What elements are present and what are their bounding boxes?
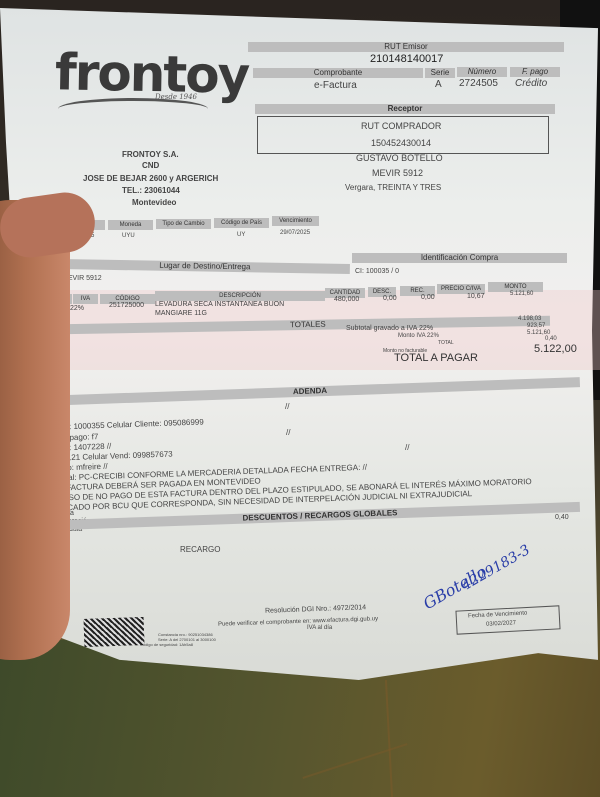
receptor-address: MEVIR 5912 xyxy=(372,168,423,178)
row-codigo: 251725000 xyxy=(109,302,144,309)
rut-comprador-value: 150452430014 xyxy=(371,138,431,148)
total-label: TOTAL xyxy=(438,340,454,346)
emisor-address: JOSE DE BEJAR 2600 y ARGERICH xyxy=(83,174,218,183)
total-pagar-label: TOTAL A PAGAR xyxy=(394,352,478,364)
qr-code[interactable] xyxy=(84,617,145,647)
identificacion-value: CI: 100035 / 0 xyxy=(355,268,399,275)
brand-tagline: Desde 1946 xyxy=(155,93,197,101)
comprobante-header: Comprobante xyxy=(253,68,423,78)
row-desc: 0,00 xyxy=(383,295,397,302)
row-cantidad: 480,000 xyxy=(334,296,359,303)
moneda-value: UYU xyxy=(122,233,135,239)
adenda-mark: // xyxy=(405,443,409,452)
numero-header: Número xyxy=(457,67,507,77)
row-monto: 5.121,60 xyxy=(510,291,533,297)
tipo-cambio-header: Tipo de Cambio xyxy=(156,219,211,229)
col-iva-header: IVA xyxy=(73,294,98,304)
identificacion-header: Identificación Compra xyxy=(352,253,567,263)
emisor-phone: TEL.: 23061044 xyxy=(122,186,180,195)
emisor-city: Montevideo xyxy=(132,198,176,207)
cae-line: Código de seguridad: 1Ah5a8 xyxy=(140,642,193,647)
numero-value: 2724505 xyxy=(459,78,498,89)
row-descripcion: LEVADURA SECA INSTANTANEA BUON MANGIARE … xyxy=(155,300,305,318)
fpago-header: F. pago xyxy=(510,67,560,77)
vencimiento-value: 29/07/2025 xyxy=(280,230,310,236)
receptor-header: Receptor xyxy=(255,104,555,114)
vencimiento-header: Vencimiento xyxy=(272,216,319,226)
adenda-mark: // xyxy=(286,428,290,437)
recargo-label: RECARGO xyxy=(180,545,220,554)
codigo-pais-header: Código de País xyxy=(214,218,269,228)
monto-iva-value: 923,57 xyxy=(527,323,545,329)
moneda-header: Moneda xyxy=(108,220,153,230)
iva-al-dia: IVA al día xyxy=(307,625,332,631)
subtotal-value: 4.198,03 xyxy=(518,316,541,322)
subtotal-label: Subtotal gravado a IVA 22% xyxy=(346,325,433,332)
row-iva: 22% xyxy=(70,305,84,312)
rut-emisor-value: 210148140017 xyxy=(370,53,443,65)
receptor-name: GUSTAVO BOTELLO xyxy=(356,153,443,163)
emisor-company: FRONTOY S.A. xyxy=(122,150,179,159)
hand xyxy=(0,200,70,660)
emisor-cnd: CND xyxy=(142,161,159,170)
receptor-city: Vergara, TREINTA Y TRES xyxy=(345,183,441,192)
pais-value: UY xyxy=(237,232,245,238)
serie-value: A xyxy=(435,79,442,90)
total-pagar-value: 5.122,00 xyxy=(534,343,577,355)
adenda-mark: // xyxy=(285,402,289,411)
brand-logo: frontoy xyxy=(55,43,249,104)
row-rec: 0,00 xyxy=(421,294,435,301)
comprobante-value: e-Factura xyxy=(314,80,357,91)
no-facturable-value: 0,40 xyxy=(545,336,557,342)
rut-emisor-header: RUT Emisor xyxy=(248,42,564,52)
fpago-value: Crédito xyxy=(515,78,547,89)
recargo-value: 0,40 xyxy=(555,514,569,521)
rut-comprador-label: RUT COMPRADOR xyxy=(361,121,441,131)
monto-iva-label: Monto IVA 22% xyxy=(398,333,439,339)
row-precio: 10,67 xyxy=(467,293,485,300)
serie-header: Serie xyxy=(425,68,455,78)
